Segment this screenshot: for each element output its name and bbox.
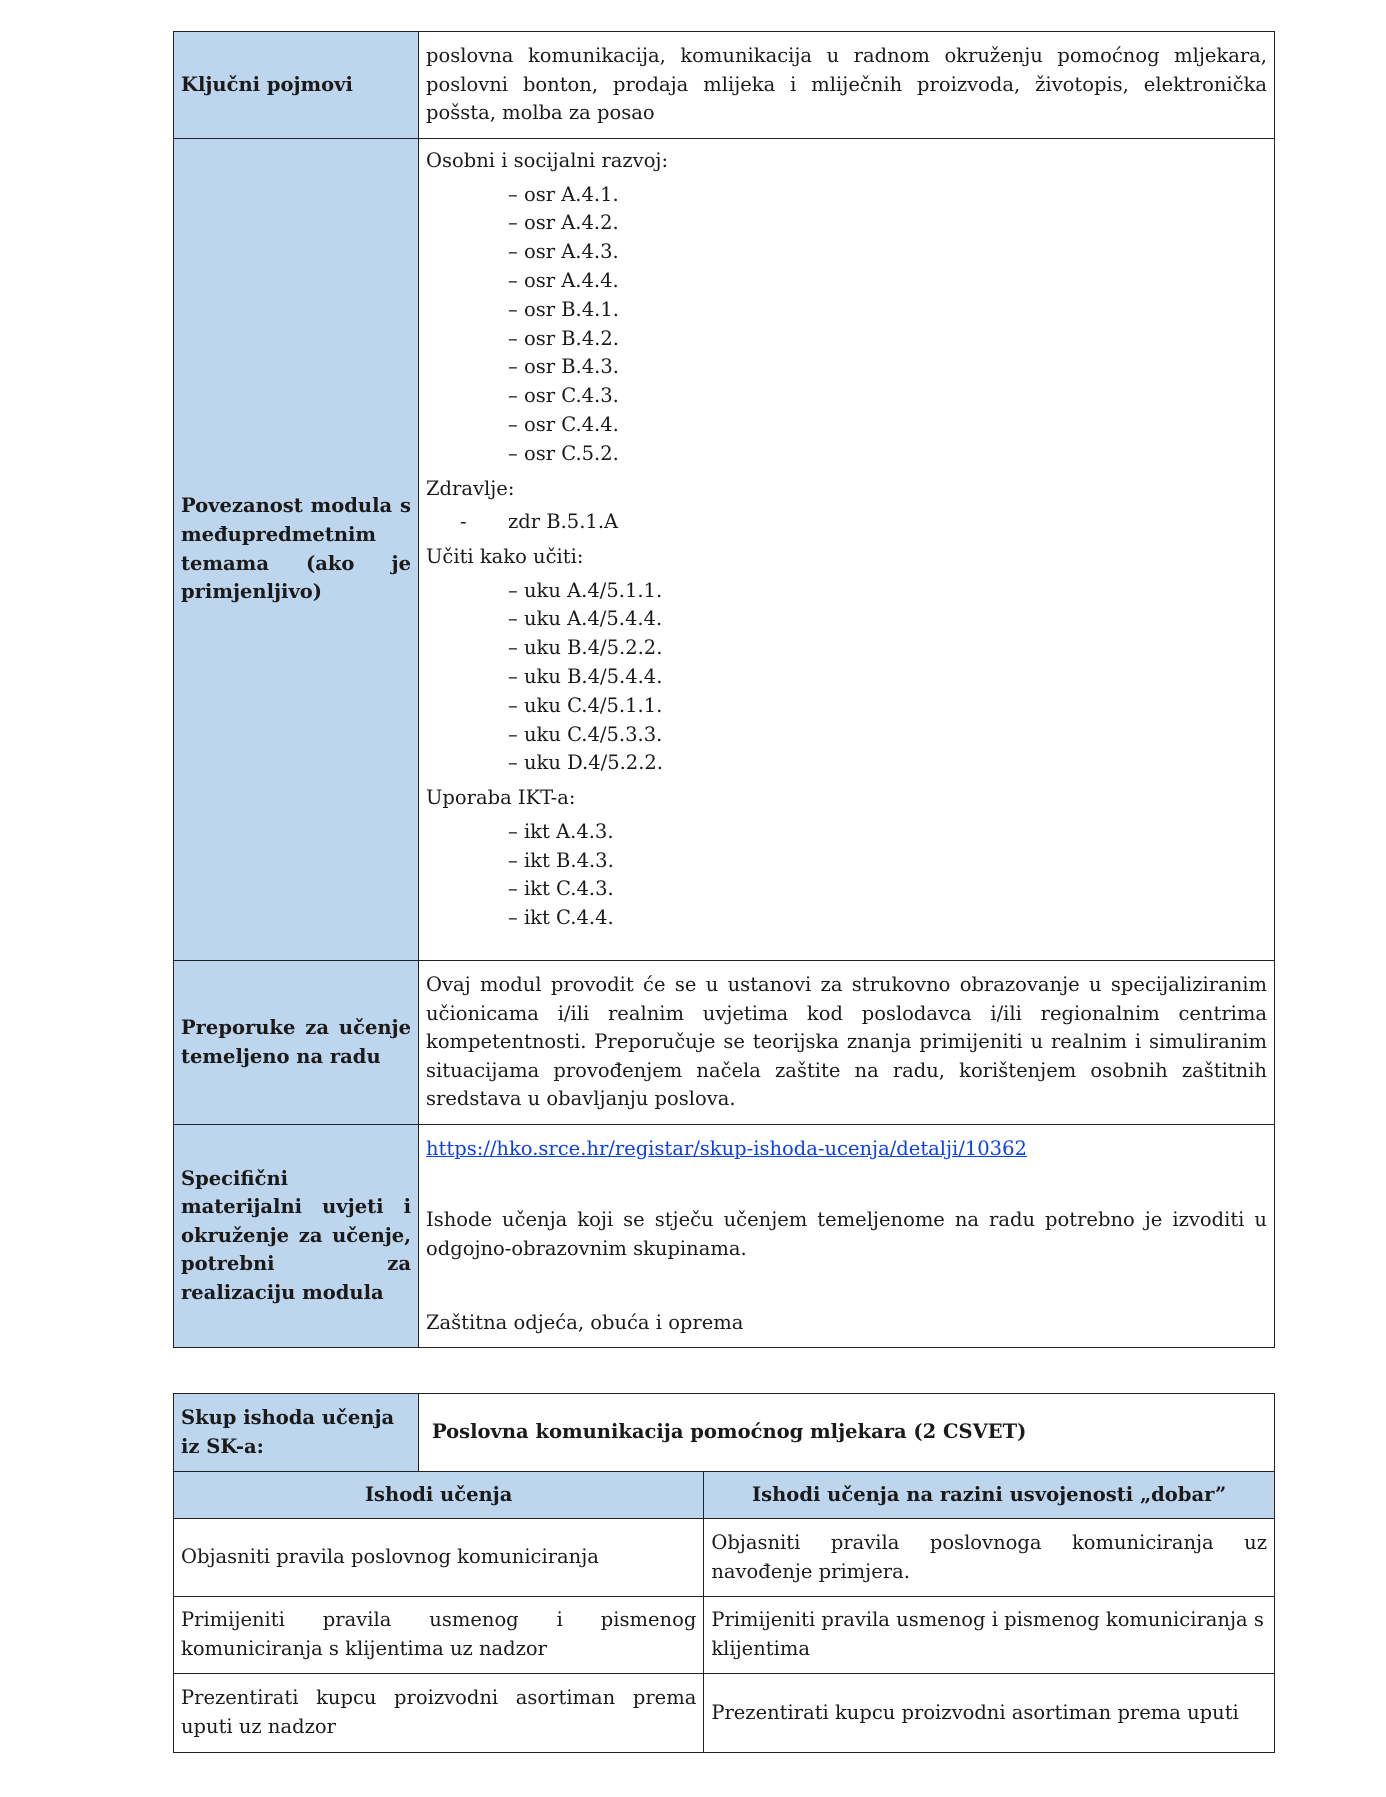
list-item: – osr C.4.4. xyxy=(426,411,1267,440)
list-item: – osr A.4.2. xyxy=(426,209,1267,238)
spec-equipment: Zaštitna odjeća, obuća i oprema xyxy=(426,1309,1267,1338)
outcomes-header-row: Ishodi učenja Ishodi učenja na razini us… xyxy=(174,1472,1275,1519)
list-item: – osr A.4.3. xyxy=(426,238,1267,267)
group-title-uku: Učiti kako učiti: xyxy=(426,543,1267,572)
label-skup-ishoda: Skup ishoda učenja iz SK-a: xyxy=(174,1394,419,1472)
list-item: – ikt C.4.4. xyxy=(426,904,1267,933)
list-item: – osr C.4.3. xyxy=(426,382,1267,411)
list-item: – uku A.4/5.1.1. xyxy=(426,577,1267,606)
outcome-cell: Objasniti pravila poslovnog komuniciranj… xyxy=(174,1519,704,1597)
outcome-dobar-cell: Objasniti pravila poslovnoga komuniciran… xyxy=(704,1519,1275,1597)
list-item: – osr B.4.1. xyxy=(426,296,1267,325)
outcome-dobar-cell: Prezentirati kupcu proizvodni asortiman … xyxy=(704,1674,1275,1753)
label-kljucni-pojmovi: Ključni pojmovi xyxy=(174,32,419,139)
value-kljucni-pojmovi: poslovna komunikacija, komunikacija u ra… xyxy=(419,32,1275,139)
label-preporuke: Preporuke za učenje temeljeno na radu xyxy=(174,961,419,1125)
table-row: Objasniti pravila poslovnog komuniciranj… xyxy=(174,1519,1275,1597)
outcome-cell: Primijeniti pravila usmenog i pismenog k… xyxy=(174,1597,704,1674)
list-item: – uku C.4/5.1.1. xyxy=(426,692,1267,721)
row-preporuke: Preporuke za učenje temeljeno na radu Ov… xyxy=(174,961,1275,1125)
list-item: – osr A.4.4. xyxy=(426,267,1267,296)
row-kljucni-pojmovi: Ključni pojmovi poslovna komunikacija, k… xyxy=(174,32,1275,139)
spacer xyxy=(426,1264,1267,1309)
table-row: Primijeniti pravila usmenog i pismenog k… xyxy=(174,1597,1275,1674)
list-item: – osr C.5.2. xyxy=(426,440,1267,469)
group-title-osr: Osobni i socijalni razvoj: xyxy=(426,147,1267,176)
list-item-text: zdr B.5.1.A xyxy=(508,510,618,533)
list-item: – ikt A.4.3. xyxy=(426,818,1267,847)
list-item: – ikt C.4.3. xyxy=(426,875,1267,904)
list-item: – uku C.4/5.3.3. xyxy=(426,721,1267,750)
group-title-ikt: Uporaba IKT-a: xyxy=(426,784,1267,813)
list-zdr: -zdr B.5.1.A xyxy=(426,508,1267,537)
list-ikt: – ikt A.4.3.– ikt B.4.3.– ikt C.4.3.– ik… xyxy=(426,818,1267,933)
row-specificni: Specifični materijalni uvjeti i okruženj… xyxy=(174,1125,1275,1348)
table-row: Prezentirati kupcu proizvodni asortiman … xyxy=(174,1674,1275,1753)
label-povezanost: Povezanost modula s međupredmetnim temam… xyxy=(174,139,419,961)
list-osr: – osr A.4.1.– osr A.4.2.– osr A.4.3.– os… xyxy=(426,181,1267,469)
spacer xyxy=(426,1163,1267,1206)
list-item: – uku B.4/5.4.4. xyxy=(426,663,1267,692)
spec-paragraph: Ishode učenja koji se stječu učenjem tem… xyxy=(426,1206,1267,1263)
list-uku: – uku A.4/5.1.1.– uku A.4/5.4.4.– uku B.… xyxy=(426,577,1267,779)
list-item: – uku A.4/5.4.4. xyxy=(426,605,1267,634)
outcome-dobar-cell: Primijeniti pravila usmenog i pismenog k… xyxy=(704,1597,1275,1674)
hko-register-link[interactable]: https://hko.srce.hr/registar/skup-ishoda… xyxy=(426,1137,1027,1160)
row-skup-ishoda: Skup ishoda učenja iz SK-a: Poslovna kom… xyxy=(174,1394,1275,1472)
module-info-table: Ključni pojmovi poslovna komunikacija, k… xyxy=(173,31,1275,1348)
value-skup-ishoda: Poslovna komunikacija pomoćnog mljekara … xyxy=(419,1394,1275,1472)
outcome-cell: Prezentirati kupcu proizvodni asortiman … xyxy=(174,1674,704,1753)
list-item: – uku B.4/5.2.2. xyxy=(426,634,1267,663)
dash-bullet: - xyxy=(460,508,508,537)
value-preporuke: Ovaj modul provodit će se u ustanovi za … xyxy=(419,961,1275,1125)
list-item: -zdr B.5.1.A xyxy=(426,508,1267,537)
value-specificni: https://hko.srce.hr/registar/skup-ishoda… xyxy=(419,1125,1275,1348)
list-item: – osr B.4.3. xyxy=(426,353,1267,382)
outcomes-table: Skup ishoda učenja iz SK-a: Poslovna kom… xyxy=(173,1393,1275,1753)
group-title-zdr: Zdravlje: xyxy=(426,475,1267,504)
label-specificni: Specifični materijalni uvjeti i okruženj… xyxy=(174,1125,419,1348)
list-item: – osr A.4.1. xyxy=(426,181,1267,210)
list-item: – uku D.4/5.2.2. xyxy=(426,749,1267,778)
list-item: – osr B.4.2. xyxy=(426,325,1267,354)
list-item: – ikt B.4.3. xyxy=(426,847,1267,876)
header-ishodi-ucenja: Ishodi učenja xyxy=(174,1472,704,1519)
value-povezanost: Osobni i socijalni razvoj: – osr A.4.1.–… xyxy=(419,139,1275,961)
row-povezanost: Povezanost modula s međupredmetnim temam… xyxy=(174,139,1275,961)
header-ishodi-dobar: Ishodi učenja na razini usvojenosti „dob… xyxy=(704,1472,1275,1519)
